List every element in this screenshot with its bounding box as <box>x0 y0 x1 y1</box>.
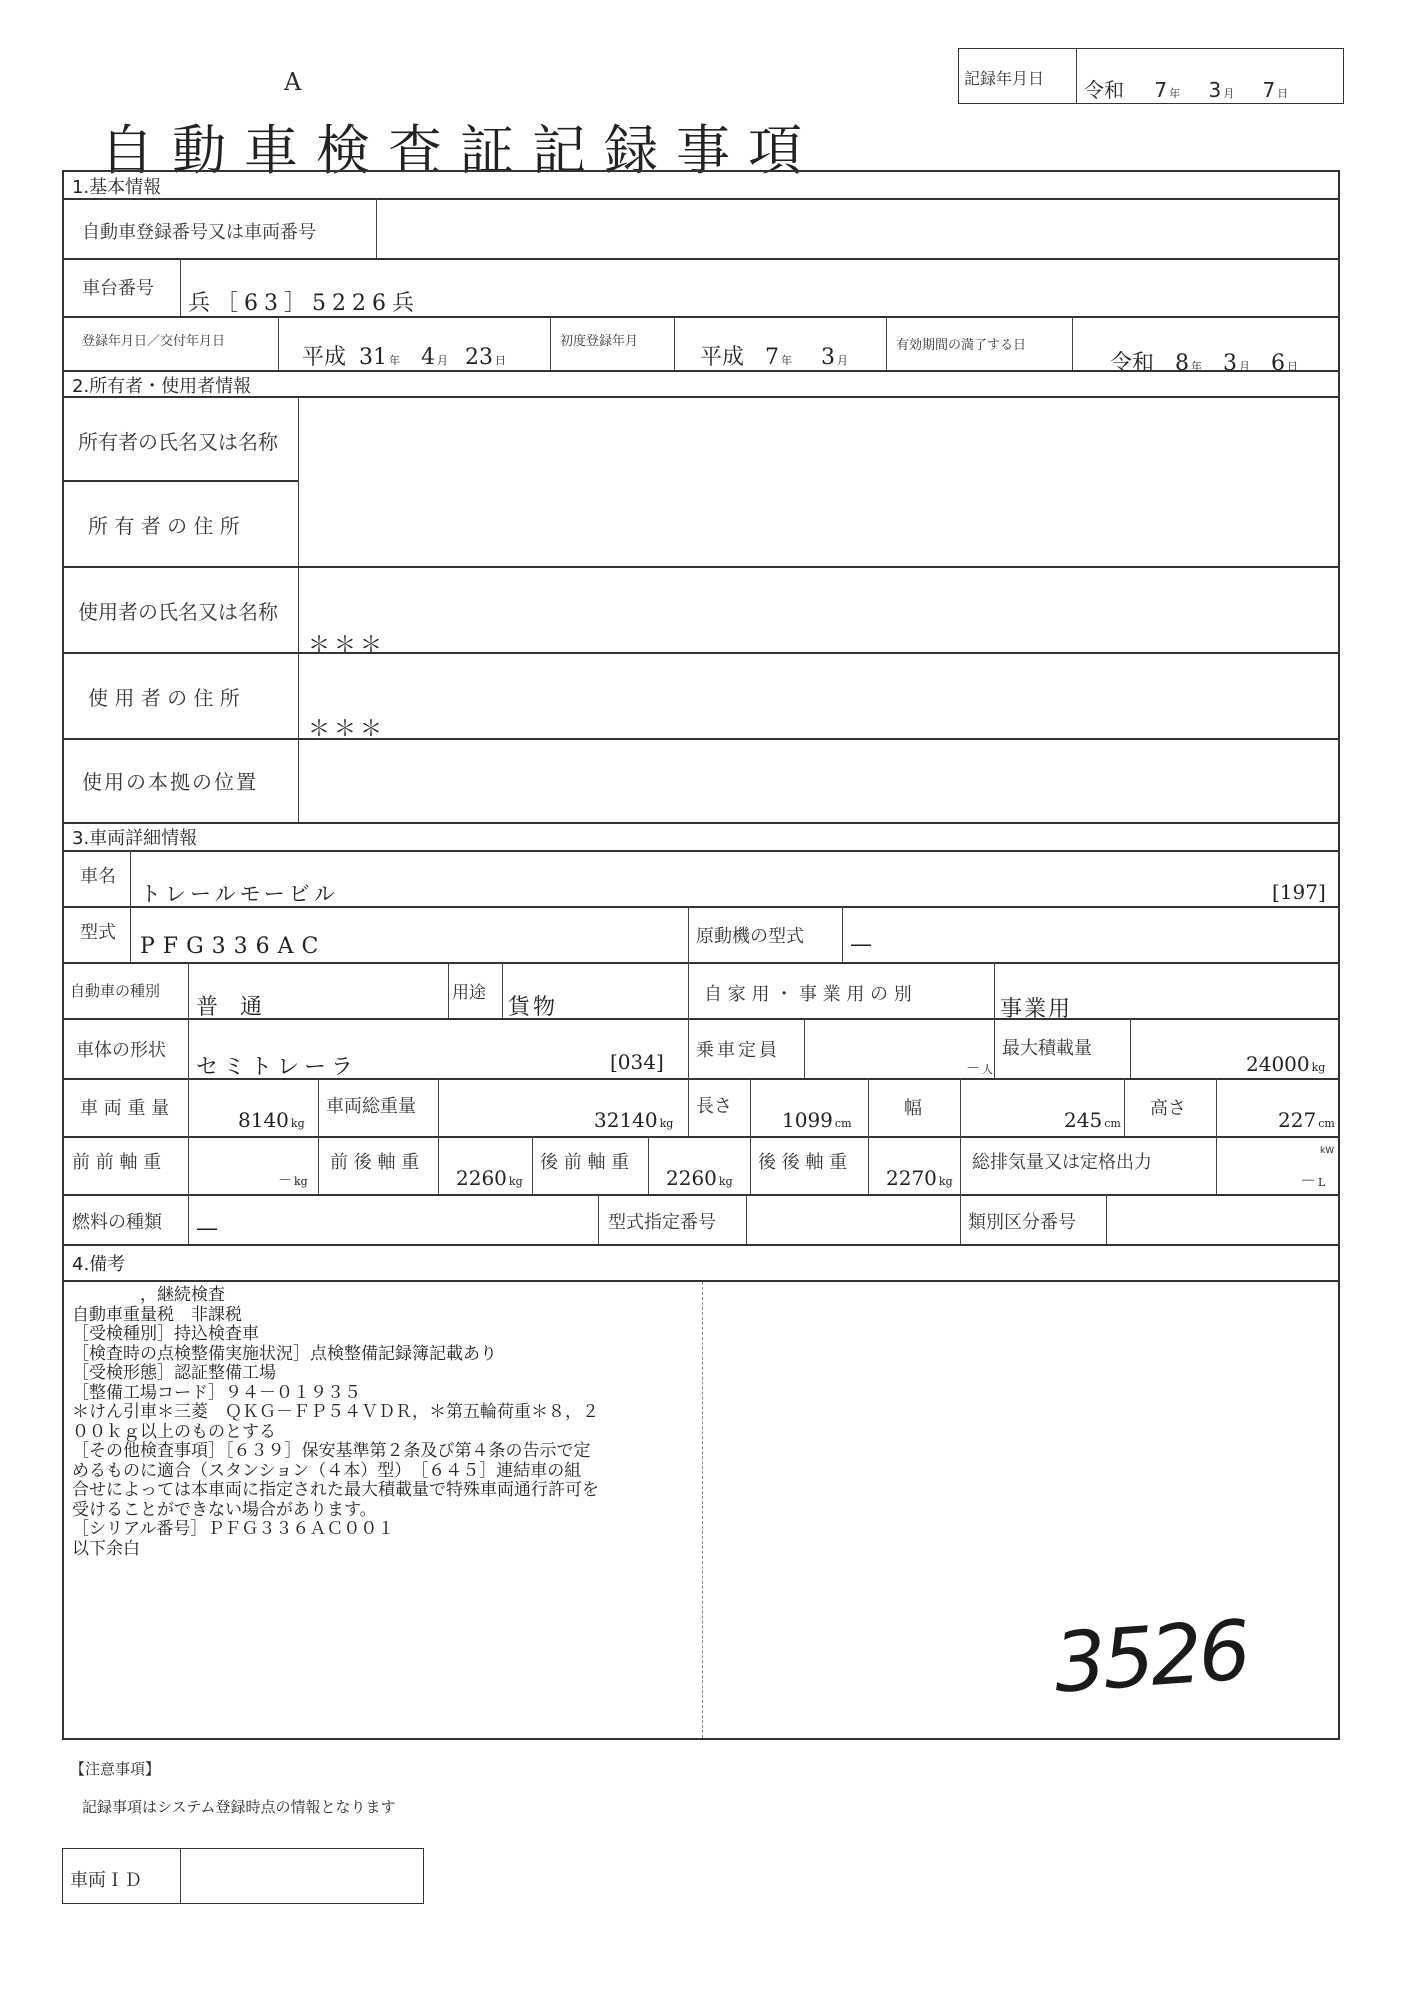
first-reg-label: 初度登録年月 <box>560 330 638 349</box>
section3-title: 3.車両詳細情報 <box>72 824 197 850</box>
vehicle-type-value: 普 通 <box>196 990 262 1021</box>
height-label: 高さ <box>1150 1094 1186 1120</box>
ff-axle-label: 前 前 軸 重 <box>72 1148 161 1174</box>
base-location-label: 使用の本拠の位置 <box>82 766 258 795</box>
notes-title: 【注意事項】 <box>70 1758 160 1779</box>
fuel-value: — <box>196 1216 218 1241</box>
engine-model-value: — <box>850 932 872 957</box>
gross-weight-label: 車両総重量 <box>326 1092 416 1118</box>
reg-date-value: 平成 31年 4月 23日 <box>302 340 506 371</box>
length-label: 長さ <box>696 1092 732 1118</box>
car-name-code: [197] <box>1272 880 1326 904</box>
user-name-value: ＊＊＊ <box>308 628 386 659</box>
first-reg-value: 平成 7年 3月 <box>700 340 848 371</box>
chassis-label: 車台番号 <box>82 274 154 300</box>
engine-model-label: 原動機の型式 <box>696 922 804 948</box>
capacity-label: 乗車定員 <box>696 1036 780 1062</box>
body-shape-value: セミトレーラ <box>196 1050 358 1081</box>
expiry-value: 令和 8年 3月 6日 <box>1110 346 1298 377</box>
model-value: PFG336AC <box>140 934 326 959</box>
user-address-label: 使 用 者 の 住 所 <box>88 682 240 711</box>
record-date-value: 令和 7年 3月 7日 <box>1084 74 1288 103</box>
user-name-label: 使用者の氏名又は名称 <box>78 596 278 625</box>
car-name-label: 車名 <box>80 862 116 888</box>
car-name-value: トレールモービル <box>140 878 339 908</box>
max-load-label: 最大積載量 <box>1002 1034 1092 1060</box>
doc-mark: A <box>284 68 301 96</box>
category-label: 類別区分番号 <box>968 1208 1076 1234</box>
owner-name-label: 所有者の氏名又は名称 <box>78 426 278 455</box>
rr-axle-value: 2270kg <box>886 1166 953 1190</box>
width-value: 245cm <box>1064 1108 1121 1132</box>
fr-axle-label: 前 後 軸 重 <box>330 1148 419 1174</box>
reg-number-label: 自動車登録番号又は車両番号 <box>82 218 316 244</box>
displacement-label: 総排気量又は定格出力 <box>972 1148 1152 1174</box>
length-value: 1099cm <box>782 1108 852 1132</box>
section2-title: 2.所有者・使用者情報 <box>72 372 251 398</box>
rf-axle-label: 後 前 軸 重 <box>540 1148 629 1174</box>
model-label: 型式 <box>80 918 116 944</box>
displacement-unit-kw: kW <box>1320 1146 1334 1156</box>
vehicle-id-label: 車両ＩＤ <box>70 1866 142 1892</box>
chassis-value: 兵［63］5226兵 <box>188 286 420 317</box>
displacement-value: －L <box>1300 1168 1325 1191</box>
rr-axle-label: 後 後 軸 重 <box>758 1148 847 1174</box>
vehicle-weight-label: 車 両 重 量 <box>80 1094 169 1120</box>
usage-value: 貨物 <box>508 990 558 1021</box>
handwritten-number: 3526 <box>1051 1603 1250 1711</box>
capacity-value: －人 <box>966 1058 993 1078</box>
fuel-label: 燃料の種類 <box>72 1208 162 1234</box>
owner-address-label: 所 有 者 の 住 所 <box>88 510 240 539</box>
remarks-text: ，継続検査 自動車重量税 非課税 ［受検種別］持込検査車 ［検査時の点検整備実施… <box>72 1286 599 1559</box>
body-shape-label: 車体の形状 <box>76 1036 166 1062</box>
vehicle-type-label: 自動車の種別 <box>70 980 160 1001</box>
ff-axle-value: －kg <box>278 1170 308 1190</box>
body-shape-code: [034] <box>610 1050 664 1074</box>
usage-label: 用途 <box>452 978 486 1003</box>
record-date-label: 記録年月日 <box>964 66 1044 89</box>
section1-title: 1.基本情報 <box>72 173 161 199</box>
rf-axle-value: 2260kg <box>666 1166 733 1190</box>
expiry-label: 有効期間の満了する日 <box>896 334 1026 353</box>
width-label: 幅 <box>904 1094 922 1120</box>
section4-title: 4.備考 <box>72 1250 125 1276</box>
height-value: 227cm <box>1278 1108 1335 1132</box>
vehicle-weight-value: 8140kg <box>238 1108 305 1132</box>
type-designation-label: 型式指定番号 <box>608 1208 716 1234</box>
max-load-value: 24000kg <box>1246 1052 1325 1076</box>
notes-text: 記録事項はシステム登録時点の情報となります <box>82 1796 396 1817</box>
fr-axle-value: 2260kg <box>456 1166 523 1190</box>
reg-date-label: 登録年月日／交付年月日 <box>82 330 225 349</box>
gross-weight-value: 32140kg <box>594 1108 673 1132</box>
private-business-label: 自 家 用 ・ 事 業 用 の 別 <box>704 980 912 1006</box>
